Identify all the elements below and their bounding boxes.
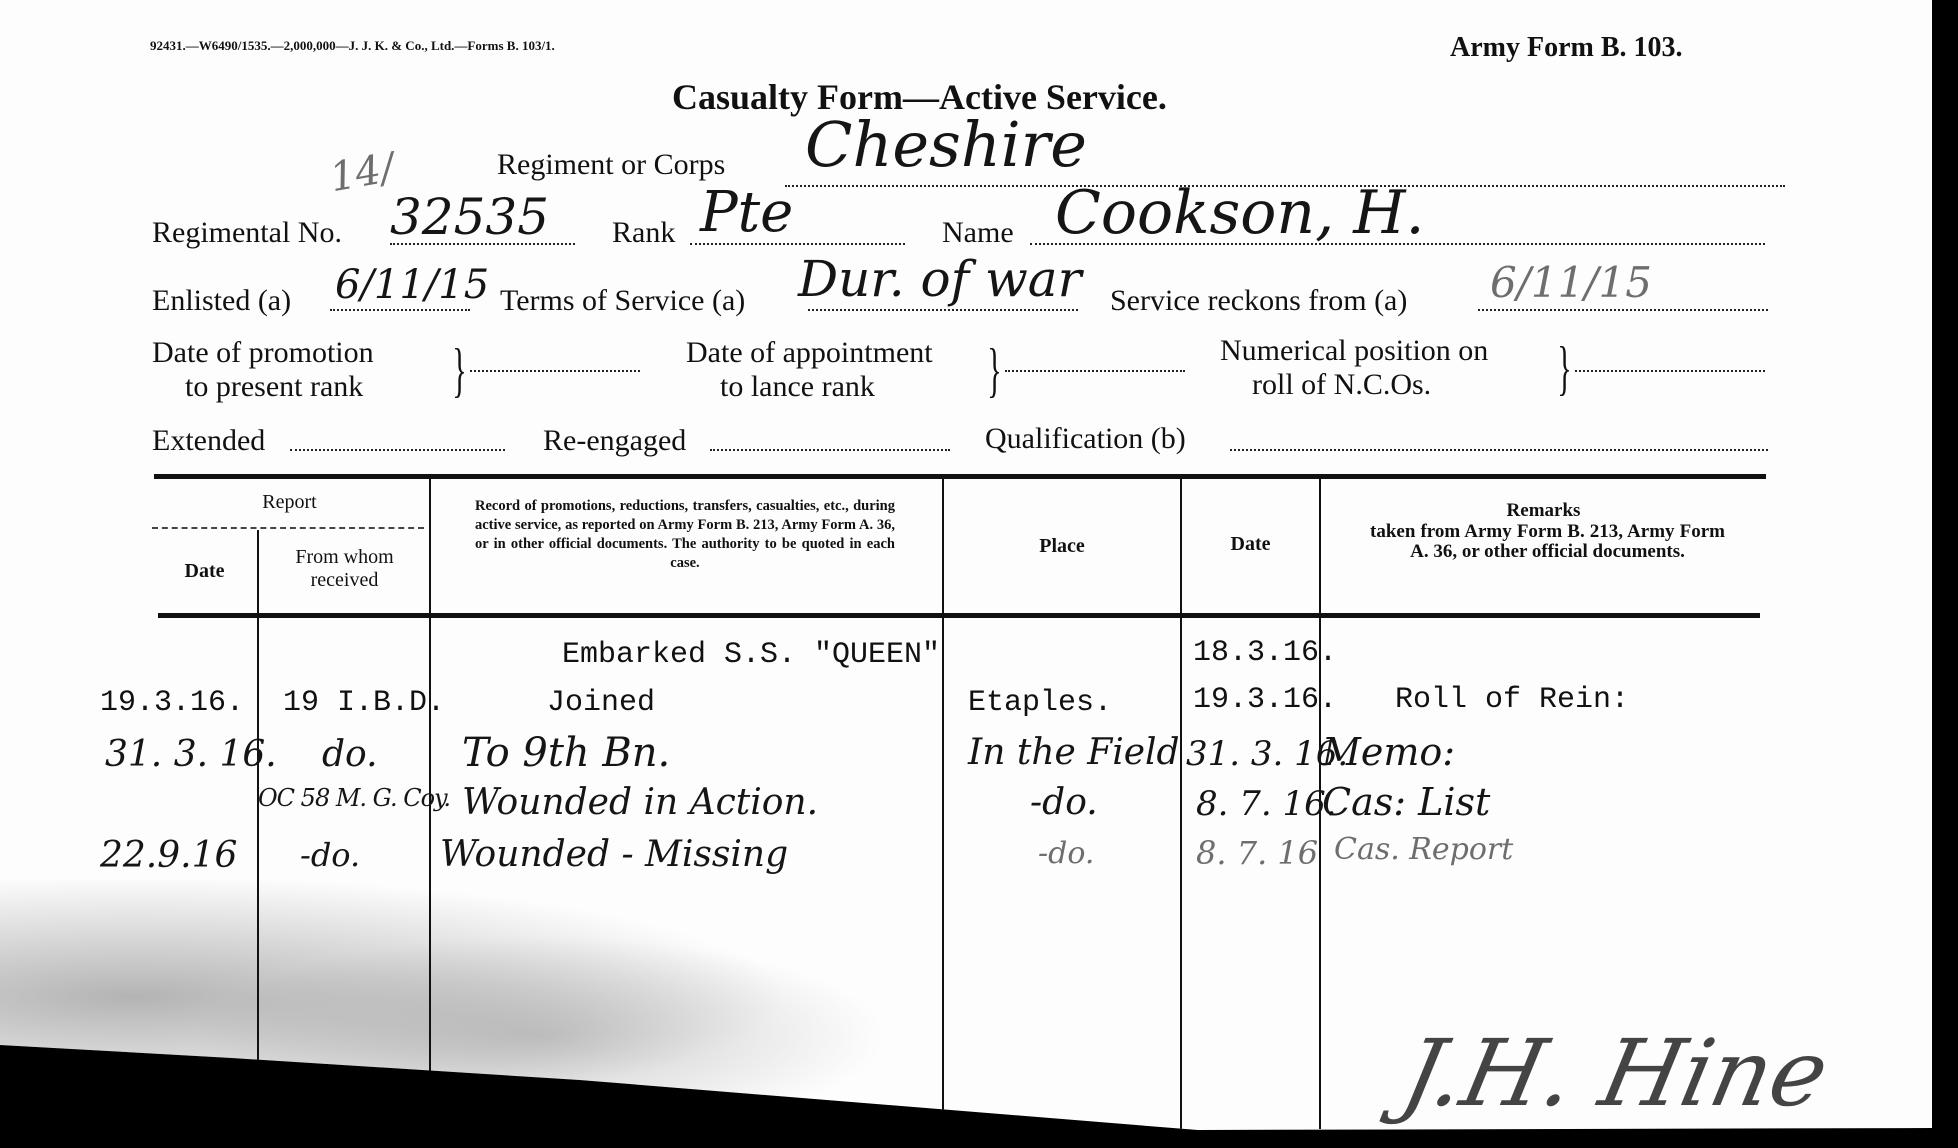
numerical-line	[1575, 370, 1765, 372]
row0-record: Embarked S.S. "QUEEN"	[562, 638, 940, 672]
numerical-label-2: roll of N.C.Os.	[1252, 368, 1431, 402]
printer-line: 92431.—W6490/1535.—2,000,000—J. J. K. & …	[150, 38, 555, 54]
appointment-line	[1005, 370, 1185, 372]
row4-date: 22.9.16	[100, 835, 237, 876]
row3-record: Wounded in Action.	[462, 782, 818, 823]
from-whom-header: From whom received	[262, 546, 427, 592]
regiment-label: Regiment or Corps	[497, 148, 725, 182]
report-divider	[152, 527, 424, 529]
row1-place: Etaples.	[968, 686, 1112, 720]
margin-note: 14/	[326, 145, 397, 201]
terms-line	[808, 309, 1078, 311]
promotion-label-2: to present rank	[185, 370, 363, 404]
col-divider	[429, 479, 431, 1085]
reengaged-line	[710, 449, 950, 451]
brace-icon: }	[452, 340, 466, 400]
date2-header: Date	[1182, 533, 1319, 556]
service-reckons-value: 6/11/15	[1490, 258, 1652, 307]
row4-remarks: Cas. Report	[1334, 832, 1513, 867]
row1-from: 19 I.B.D.	[283, 686, 445, 720]
promotion-label-1: Date of promotion	[152, 336, 374, 370]
col-divider	[942, 479, 944, 1127]
regimental-no-value: 32535	[390, 188, 549, 246]
table-header-bottom-rule	[158, 613, 1760, 618]
extended-label: Extended	[152, 424, 265, 458]
casualty-form-paper: 92431.—W6490/1535.—2,000,000—J. J. K. & …	[0, 0, 1932, 1148]
name-value: Cookson, H.	[1055, 178, 1425, 248]
date-header: Date	[152, 560, 257, 583]
row4-from: -do.	[300, 836, 360, 874]
row2-record: To 9th Bn.	[462, 730, 670, 776]
reengaged-label: Re-engaged	[543, 424, 686, 458]
terms-label: Terms of Service (a)	[500, 284, 745, 318]
regiment-value: Cheshire	[805, 108, 1087, 181]
enlisted-line	[330, 309, 470, 311]
service-reckons-label: Service reckons from (a)	[1110, 284, 1407, 318]
table-top-rule	[154, 474, 1766, 479]
row3-from: OC 58 M. G. Coy.	[258, 784, 450, 812]
paper-stain	[0, 880, 900, 1140]
row3-place: -do.	[1030, 782, 1098, 823]
row2-remarks: Memo:	[1322, 730, 1455, 774]
row1-remarks: Roll of Rein:	[1395, 683, 1629, 717]
row1-date: 19.3.16.	[100, 686, 244, 720]
brace-icon: }	[987, 340, 1001, 400]
brace-icon: }	[1557, 338, 1571, 398]
row1-record: Joined	[547, 686, 655, 720]
form-number: Army Form B. 103.	[1450, 32, 1683, 64]
qualification-label: Qualification (b)	[985, 422, 1186, 456]
row4-date2: 8. 7. 16	[1196, 834, 1318, 872]
col-divider	[1180, 479, 1182, 1129]
report-header: Report	[152, 491, 427, 514]
row3-remarks: Cas: List	[1322, 780, 1490, 824]
row2-from: do.	[322, 734, 378, 775]
numerical-label-1: Numerical position on	[1220, 334, 1488, 368]
rank-value: Pte	[700, 180, 793, 245]
enlisted-value: 6/11/15	[335, 262, 489, 308]
promotion-line	[470, 370, 640, 372]
row2-date: 31. 3. 16.	[105, 734, 277, 775]
signature: J.H. Hine	[1394, 1020, 1838, 1127]
row3-date2: 8. 7. 16.	[1196, 784, 1337, 824]
name-label: Name	[942, 216, 1014, 250]
terms-value: Dur. of war	[798, 250, 1082, 308]
row0-date2: 18.3.16.	[1193, 636, 1337, 670]
remarks-header-title: Remarks	[1321, 500, 1766, 522]
extended-line	[290, 449, 505, 451]
place-header: Place	[944, 535, 1180, 558]
row4-record: Wounded - Missing	[440, 834, 788, 875]
rank-label: Rank	[612, 216, 675, 250]
qualification-line	[1230, 449, 1768, 451]
appointment-label-2: to lance rank	[720, 370, 875, 404]
row2-place: In the Field	[968, 732, 1180, 773]
row1-date2: 19.3.16.	[1193, 683, 1337, 717]
regimental-no-label: Regimental No.	[152, 216, 342, 250]
remarks-header: taken from Army Form B. 213, Army Form A…	[1370, 522, 1725, 562]
service-reckons-line	[1478, 309, 1768, 311]
enlisted-label: Enlisted (a)	[152, 284, 291, 318]
record-header: Record of promotions, reductions, transf…	[475, 497, 895, 573]
row4-place: -do.	[1038, 836, 1094, 871]
appointment-label-1: Date of appointment	[686, 336, 933, 370]
